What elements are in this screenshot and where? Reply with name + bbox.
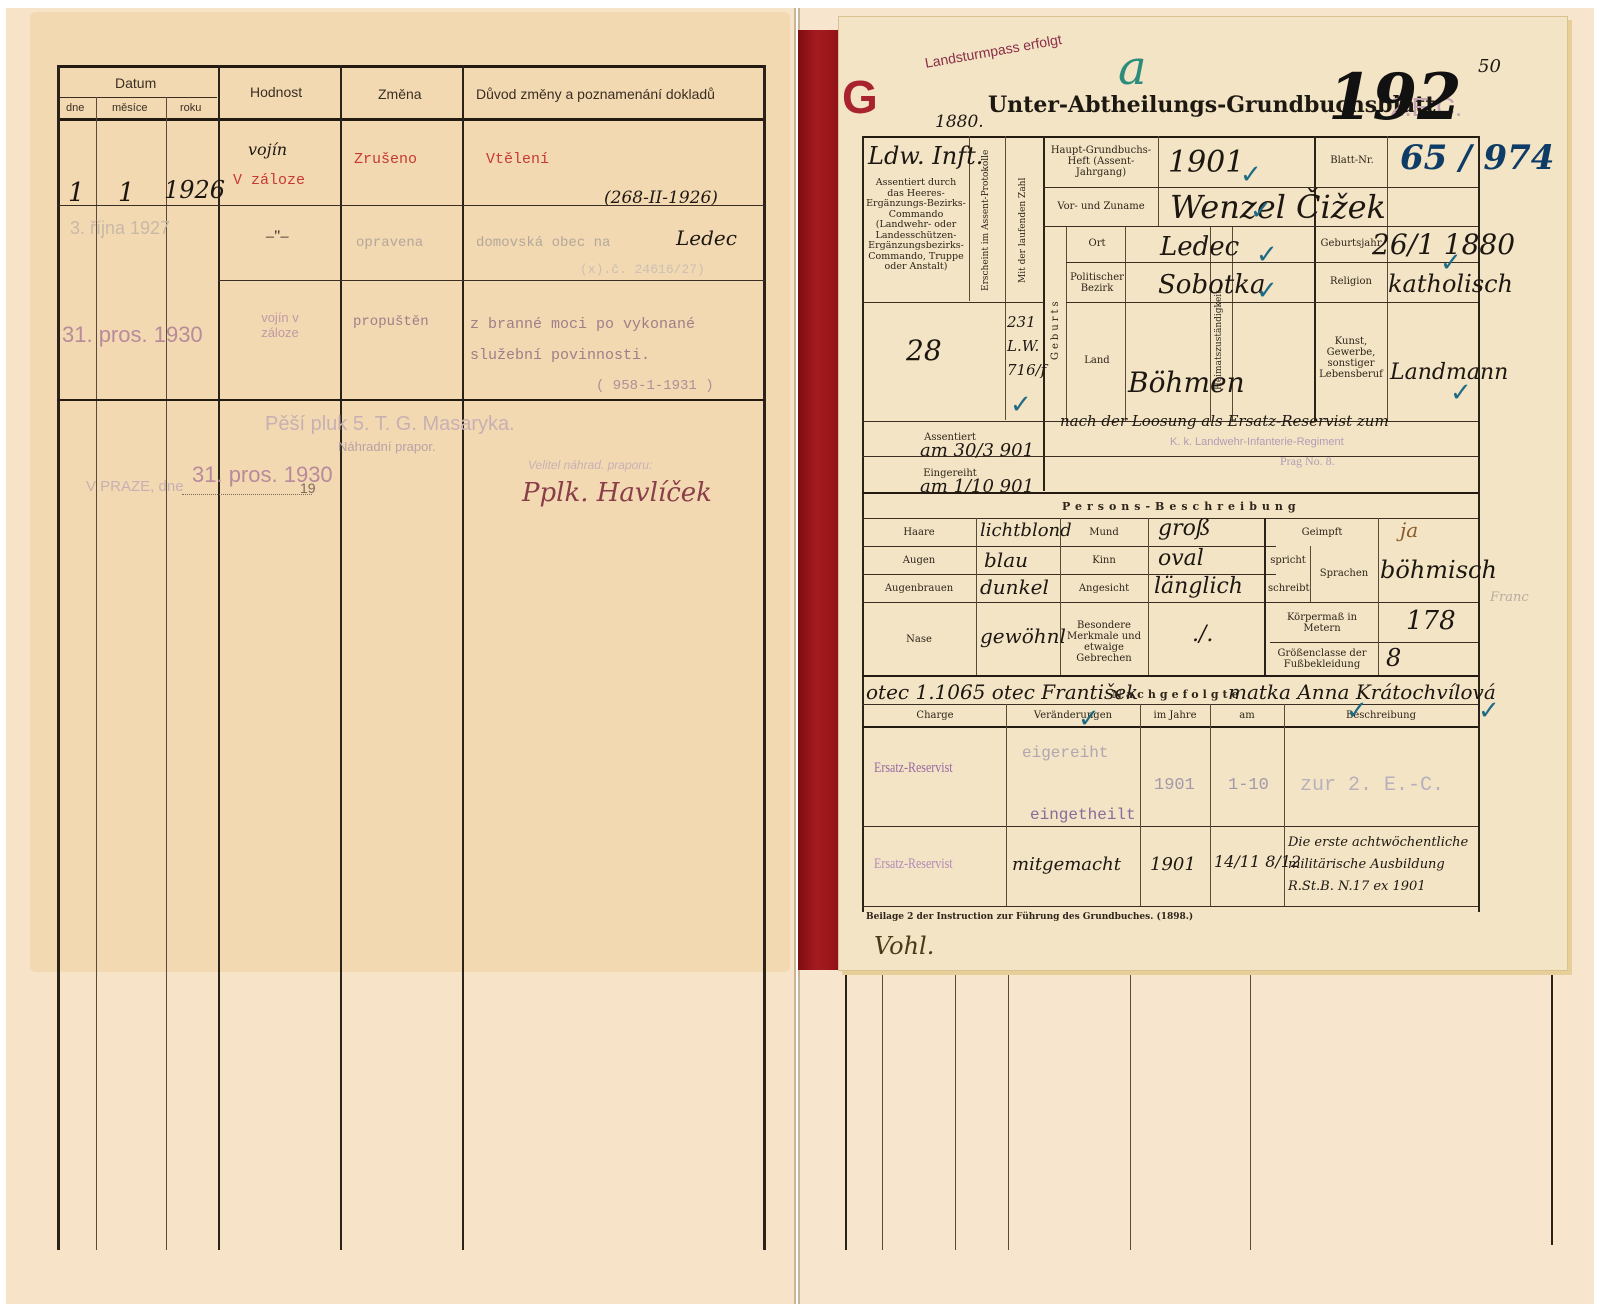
right-col-line <box>1008 970 1009 1250</box>
entry3-date-stamp: 31. pros. 1930 <box>62 322 203 348</box>
col-divider <box>218 65 220 1250</box>
geimpft-value: ja <box>1400 518 1418 542</box>
nachgefolgte-left: otec 1.1065 otec František <box>866 680 1138 704</box>
laufende-label: Mit der laufenden Zahl <box>1018 165 1029 295</box>
col-divider <box>166 97 167 1250</box>
ort-value: Ledec <box>1160 232 1239 262</box>
form-line <box>1284 704 1285 906</box>
header-mesice: měsíce <box>112 102 147 114</box>
form-line <box>862 726 1478 728</box>
haare-label: Haare <box>866 527 972 538</box>
header-dne: dne <box>66 102 84 114</box>
title-year: 1880. <box>935 112 984 132</box>
entry1-zmena: Zrušeno <box>354 151 417 168</box>
row1-jahr: 1901 <box>1154 776 1195 795</box>
entry2-duvod: domovská obec na <box>476 235 610 251</box>
letter-mark: a <box>1118 40 1147 96</box>
haare-value: lichtblond <box>980 520 1072 541</box>
entry1-mesice: 1 <box>118 178 135 208</box>
form-line <box>976 518 977 675</box>
nachgefolgte-label: Nachgefolgte <box>1112 688 1243 701</box>
form-line <box>862 546 1276 547</box>
row-divider <box>218 280 765 281</box>
check-mark-icon: ✓ <box>1478 696 1500 726</box>
description-title: Persons-Beschreibung <box>1062 500 1301 513</box>
unit-hand: Ldw. Inft. <box>868 142 983 170</box>
heimat-label: Heimatszuständigkeit <box>1214 300 1225 390</box>
haupt-label: Haupt-Grundbuchs-Heft (Assent-Jahrgang) <box>1046 145 1156 178</box>
datum-subheader-line <box>57 97 217 98</box>
form-line <box>1060 518 1061 675</box>
entry2-duvod-hand: Ledec <box>676 226 737 250</box>
form-line <box>1270 642 1478 643</box>
check-mark-icon: ✓ <box>1256 240 1278 270</box>
angesicht-value: länglich <box>1154 574 1243 599</box>
form-line <box>1043 136 1045 491</box>
entry3-duvod-line1: z branné moci po vykonané <box>470 316 695 333</box>
row1-veraenderung1: eigereiht <box>1022 744 1108 762</box>
row1-am: 1-10 <box>1228 776 1269 795</box>
entry1-roku: 1926 <box>164 176 225 204</box>
sprachen-label: Sprachen <box>1312 568 1376 579</box>
koerpermass-label: Körpermaß in Metern <box>1268 612 1376 634</box>
protokoll-value: 28 <box>906 334 942 367</box>
entry2-hodnost: –"– <box>266 228 289 246</box>
assentiert-value: am 30/3 901 <box>920 440 1034 461</box>
regiment-stamp: Pěší pluk 5. T. G. Masaryka. <box>265 413 515 436</box>
schreibt-label: schreibt <box>1268 583 1308 594</box>
eingereiht-value: am 1/10 901 <box>920 476 1034 497</box>
entry1-hodnost-hand: vojín <box>248 140 287 159</box>
row2-charge: Ersatz-Reservist <box>874 856 953 873</box>
nase-value: gewöhnl <box>980 624 1066 648</box>
check-mark-icon: ✓ <box>1450 378 1472 408</box>
name-value: Wenzel Čižek <box>1170 188 1386 226</box>
col-im-jahre: im Jahre <box>1142 710 1208 721</box>
laufende-value: 231 L.W. 716/f <box>1007 310 1041 382</box>
mund-label: Mund <box>1062 527 1146 538</box>
form-footer: Beilage 2 der Instruction zur Führung de… <box>866 912 1193 922</box>
entry3-duvod-line2: služební povinnosti. <box>470 347 650 364</box>
blatt-label: Blatt-Nr. <box>1318 155 1386 166</box>
col-veraenderungen: Veränderungen <box>1008 710 1138 721</box>
entry2-date-stamp: 3. října 1927 <box>70 218 170 239</box>
date-line <box>182 494 312 495</box>
commander-label: Velitel náhrad. praporu: <box>528 458 652 472</box>
left-table-right-border <box>763 65 766 1250</box>
augen-value: blau <box>984 548 1028 572</box>
sprachen-value: böhmisch <box>1380 556 1497 584</box>
augen-label: Augen <box>866 555 972 566</box>
header-roku: roku <box>180 102 201 114</box>
form-line <box>1066 226 1067 421</box>
blatt-value: 65 / 974 <box>1400 138 1554 178</box>
header-duvod: Důvod změny a poznamenání dokladů <box>476 86 715 102</box>
entry2-zmena: opravena <box>356 235 423 251</box>
row-divider <box>57 399 765 401</box>
right-col-line <box>845 970 847 1250</box>
row2-jahr: 1901 <box>1150 854 1196 875</box>
unit-stamp: Náhradní prapor. <box>338 439 436 454</box>
entry3-zmena: propuštěn <box>353 314 429 330</box>
geburts-label: Geburts <box>1050 300 1061 360</box>
bezirk-label: Politischer Bezirk <box>1070 272 1124 294</box>
erscheint-label: Erscheint im Assent-Protokolle <box>981 140 992 300</box>
regiment-city-stamp: Prag No. 8. <box>1280 454 1335 469</box>
check-mark-icon: ✓ <box>1346 696 1368 726</box>
check-mark-icon: ✓ <box>1078 704 1100 734</box>
beruf-label: Kunst, Gewerbe, sonstiger Lebensberuf <box>1316 336 1386 380</box>
row1-beschreibung: zur 2. E.-C. <box>1300 774 1444 797</box>
check-mark-icon: ✓ <box>1240 160 1262 190</box>
corner-mark: G <box>842 70 878 124</box>
assentiert-note: nach der Loosung als Ersatz-Reservist zu… <box>1060 412 1389 430</box>
assentiert-by-label: Assentiert durch das Heeres-Ergänzungs-B… <box>866 178 966 273</box>
form-line <box>1006 704 1007 906</box>
entry3-hodnost: vojín v záloze <box>245 310 315 340</box>
right-col-line <box>882 970 883 1250</box>
regiment-stamp-right: K. k. Landwehr-Infanterie-Regiment <box>1170 436 1344 448</box>
col-divider <box>96 97 97 1250</box>
groessenklasse-label: Größenclasse der Fußbekleidung <box>1268 648 1376 670</box>
header-zmena: Změna <box>378 86 422 102</box>
footer-signature: Vohl. <box>874 932 934 960</box>
right-col-line <box>1250 970 1251 1250</box>
form-line <box>1210 704 1211 906</box>
commander-signature: Pplk. Havlíček <box>522 478 712 508</box>
form-line <box>1140 704 1141 906</box>
form-line <box>862 675 1478 677</box>
check-mark-icon: ✓ <box>1440 248 1462 278</box>
margin-note: Franc <box>1490 590 1529 605</box>
right-col-line <box>955 970 956 1250</box>
kinn-label: Kinn <box>1062 555 1146 566</box>
form-line <box>1148 518 1149 675</box>
kinn-value: oval <box>1158 546 1204 571</box>
col-am: am <box>1212 710 1282 721</box>
entry2-ref: (x).č. 24616/27) <box>580 262 705 277</box>
entry1-dne: 1 <box>68 178 85 208</box>
col-divider <box>340 65 342 1250</box>
spricht-label: spricht <box>1268 555 1308 566</box>
form-line <box>1264 518 1266 675</box>
merkmale-label: Besondere Merkmale und etwaige Gebrechen <box>1062 620 1146 664</box>
form-line <box>862 602 1478 603</box>
entry1-duvod: Vtělení <box>486 151 549 168</box>
right-col-line <box>1130 970 1131 1250</box>
entry1-hodnost: V záloze <box>233 172 305 189</box>
col-divider <box>462 65 464 1250</box>
form-left-border <box>862 136 864 912</box>
form-line <box>1125 226 1126 421</box>
entry1-ref: (268-II-1926) <box>604 188 718 208</box>
haupt-value: 1901 <box>1168 145 1244 180</box>
religion-label: Religion <box>1316 276 1386 287</box>
col-beschreibung: Beschreibung <box>1286 710 1476 721</box>
check-mark-icon: ✓ <box>1010 390 1032 420</box>
merkmale-value: ./. <box>1192 622 1213 647</box>
crossed-number: 192 <box>1328 60 1462 135</box>
row2-beschreibung: Die erste achtwöchentliche militärische … <box>1288 832 1474 898</box>
left-table-top-border <box>57 65 765 68</box>
land-value: Böhmen <box>1128 366 1245 399</box>
left-header-bottom-border <box>57 118 765 121</box>
check-mark-icon: ✓ <box>1250 196 1272 226</box>
ort-label: Ort <box>1070 238 1124 249</box>
header-datum: Datum <box>115 75 156 91</box>
land-label: Land <box>1070 355 1124 366</box>
right-col-line <box>1551 970 1553 1245</box>
entry3-ref: ( 958-1-1931 ) <box>596 378 714 394</box>
check-mark-icon: ✓ <box>1256 276 1278 306</box>
place-stamp: V PRAZE, dne <box>86 478 184 495</box>
geimpft-label: Geimpft <box>1268 527 1376 538</box>
row1-charge: Ersatz-Reservist <box>874 760 953 777</box>
row1-veraenderung2: eingetheilt <box>1030 806 1136 824</box>
header-hodnost: Hodnost <box>250 84 302 100</box>
form-line <box>1043 226 1478 227</box>
mund-value: groß <box>1158 516 1211 541</box>
form-line <box>1378 518 1379 675</box>
form-line <box>862 302 1044 303</box>
name-label: Vor- und Zuname <box>1046 201 1156 212</box>
form-line <box>862 704 1478 705</box>
augenbrauen-label: Augenbrauen <box>866 583 972 594</box>
left-table-left-border <box>57 65 60 1250</box>
augenbrauen-value: dunkel <box>980 575 1049 599</box>
form-line <box>1158 136 1159 226</box>
nase-label: Nase <box>866 634 972 645</box>
page-number: 50 <box>1478 56 1501 77</box>
form-line <box>862 826 1478 827</box>
form-line <box>862 906 1478 907</box>
form-line <box>1005 136 1006 420</box>
angesicht-label: Angesicht <box>1062 583 1146 594</box>
year-suffix: 19 <box>300 480 316 496</box>
groessenklasse-value: 8 <box>1386 644 1401 672</box>
form-line <box>1310 546 1311 602</box>
bezirk-value: Sobotka <box>1158 270 1265 300</box>
row2-veraenderung: mitgemacht <box>1012 854 1121 875</box>
col-charge: Charge <box>866 710 1004 721</box>
koerpermass-value: 178 <box>1406 606 1456 636</box>
